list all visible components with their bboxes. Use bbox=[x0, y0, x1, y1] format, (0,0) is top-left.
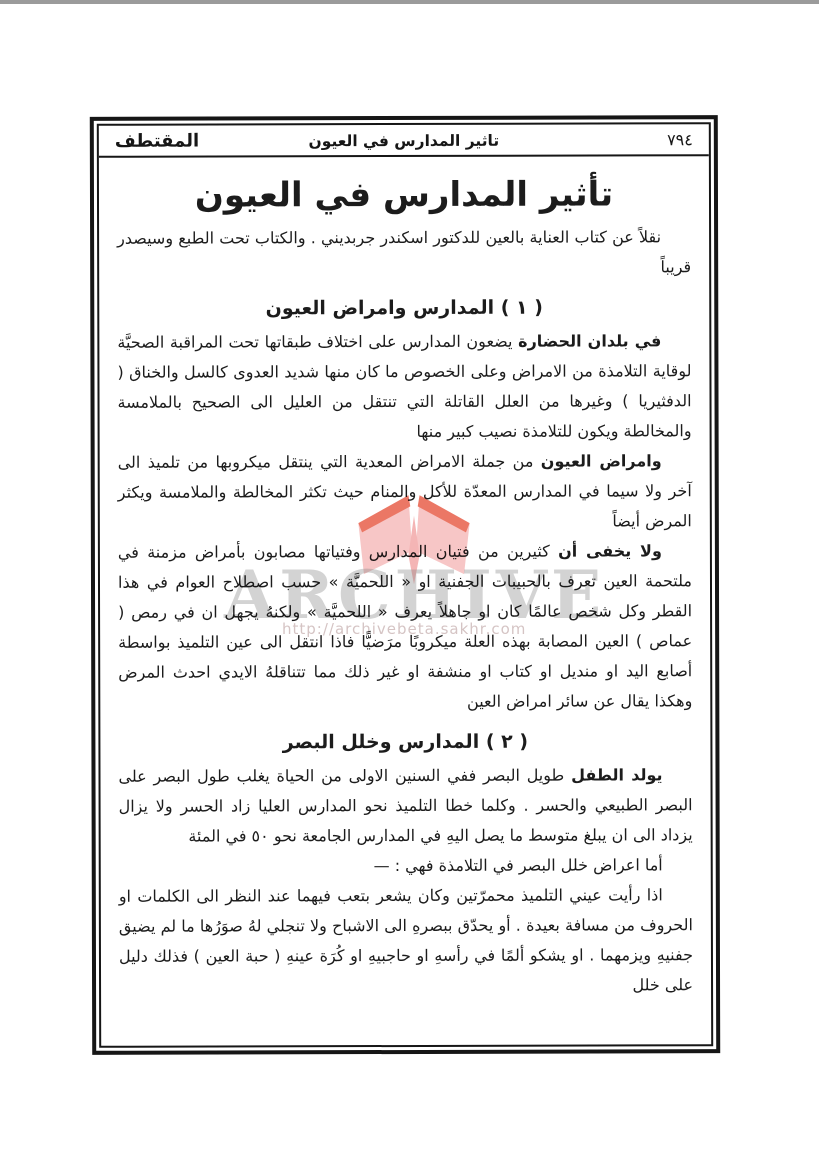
paragraph: يولد الطفل طويل البصر ففي السنين الاولى … bbox=[118, 760, 692, 852]
paragraph-lead: في بلدان الحضارة bbox=[518, 331, 661, 350]
paragraph-text: اذا رأيت عيني التلميذ محمرّتين وكان يشعر… bbox=[119, 885, 693, 994]
paragraph: في بلدان الحضارة يضعون المدارس على اختلا… bbox=[117, 326, 691, 448]
paragraph-text: أما اعراض خلل البصر في التلامذة فهي : — bbox=[374, 855, 663, 875]
paragraph-lead: ولا يخفى أن bbox=[558, 541, 662, 560]
paragraph: اذا رأيت عيني التلميذ محمرّتين وكان يشعر… bbox=[119, 880, 693, 1002]
running-title: تاثير المدارس في العيون bbox=[235, 131, 573, 150]
running-header: ٧٩٤ تاثير المدارس في العيون المقتطف bbox=[99, 124, 709, 158]
journal-name: المقتطف bbox=[115, 130, 235, 151]
paragraph: ولا يخفى أن كثيرين من فتيان المدارس وفتي… bbox=[118, 536, 692, 718]
section-2-heading: ( ٢ ) المدارس وخلل البصر bbox=[118, 730, 692, 754]
section-1-heading: ( ١ ) المدارس وامراض العيون bbox=[117, 296, 691, 320]
article-body: تأثير المدارس في العيون نقلاً عن كتاب ال… bbox=[99, 156, 711, 1002]
scan-top-edge-bar bbox=[0, 0, 819, 4]
page-number: ٧٩٤ bbox=[573, 130, 693, 149]
paragraph-text: كثيرين من فتيان المدارس وفتياتها مصابون … bbox=[118, 542, 692, 711]
page-border-frame: ٧٩٤ تاثير المدارس في العيون المقتطف تأثي… bbox=[90, 115, 720, 1055]
paragraph: وامراض العيون من جملة الامراض المعدية ال… bbox=[118, 446, 692, 538]
paragraph-lead: وامراض العيون bbox=[541, 451, 662, 470]
paragraph-lead: يولد الطفل bbox=[571, 765, 663, 784]
page-inner-frame: ٧٩٤ تاثير المدارس في العيون المقتطف تأثي… bbox=[97, 122, 713, 1048]
article-title: تأثير المدارس في العيون bbox=[117, 174, 691, 216]
intro-paragraph: نقلاً عن كتاب العناية بالعين للدكتور اسك… bbox=[117, 222, 691, 284]
scanned-magazine-page: { "header": { "journal": "المقتطف", "run… bbox=[0, 0, 819, 1158]
paragraph: أما اعراض خلل البصر في التلامذة فهي : — bbox=[119, 850, 693, 882]
